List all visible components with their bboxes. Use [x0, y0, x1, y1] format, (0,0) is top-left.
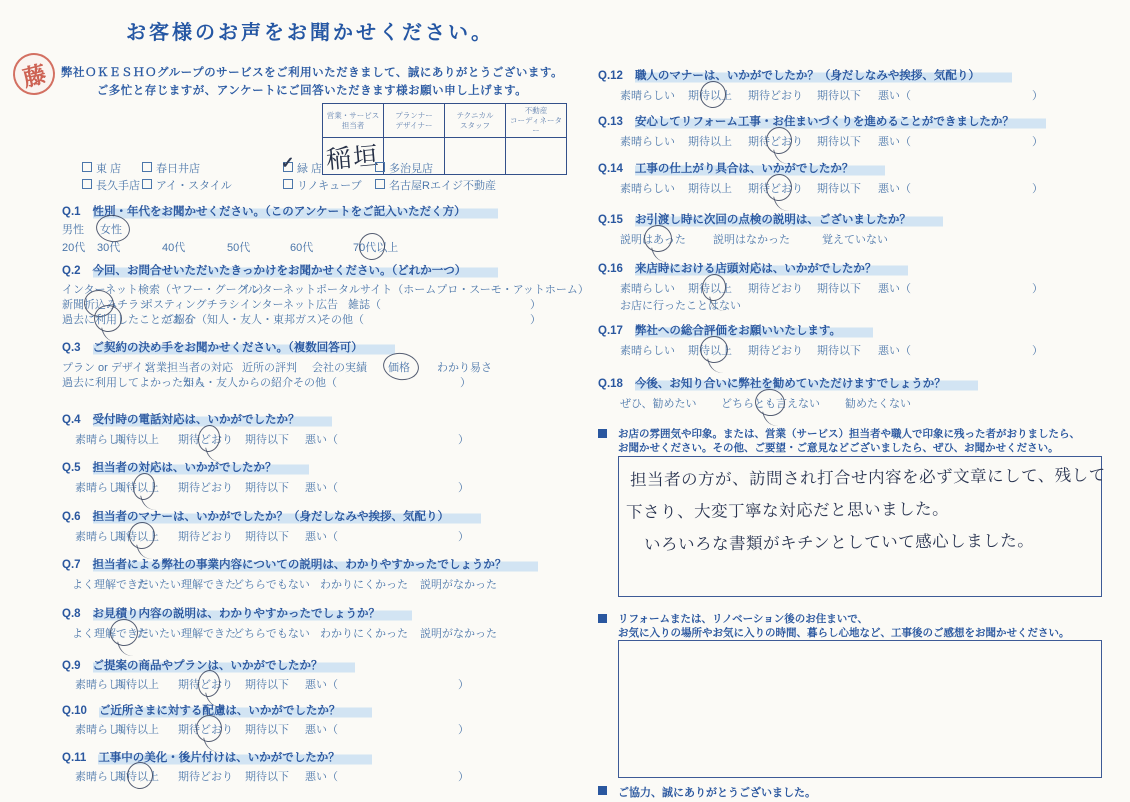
q2-option-net-ad: インターネット広告: [240, 296, 338, 312]
checkbox-nagakute: [82, 179, 92, 189]
q9-number: Q.9: [62, 660, 81, 672]
q17-option-as-expected: 期待どおり: [748, 342, 803, 358]
staff-table-header-row: 営業・サービス担当者 プランナーデザイナー テクニカルスタッフ 不動産コーディネ…: [323, 104, 567, 138]
comment2-box: [618, 640, 1102, 778]
q16-option-never-visited: お店に行ったことはない: [620, 297, 741, 313]
store-label-aistyle: アイ・スタイル: [156, 177, 232, 193]
q13-number: Q.13: [598, 116, 623, 128]
staff-col-sales: 営業・サービス担当者: [323, 104, 384, 138]
question-q15: Q.15 お引渡し時に次回の点検の説明は、ございましたか？: [598, 211, 943, 227]
q3-option-track-record: 会社の実績: [312, 359, 367, 375]
q11-options: 素晴らしい 期待以上 期待どおり 期待以下 悪い（ ）: [75, 768, 600, 786]
q2-options-row3: 過去に利用したことがある ご紹介（知人・友人・東邦ガス） その他（ ）: [62, 311, 587, 329]
checkbox-aistyle: [142, 179, 152, 189]
q8-option-no-explanation: 説明がなかった: [420, 625, 497, 641]
comment2-heading-line2: お気に入りの場所やお気に入りの時間、暮らし心地など、工事後のご感想をお聞かせくだ…: [618, 625, 1070, 640]
q16-title: 来店時における店頭対応は、いかがでしたか？: [635, 260, 909, 276]
q2-option-posting-flyer: ポスティングチラシ: [142, 296, 240, 312]
q13-option-above: 期待以上: [688, 133, 732, 149]
q9-close-paren: ）: [458, 676, 469, 692]
checkbox-renocube: [283, 179, 293, 189]
q16-option-bad: 悪い（: [878, 280, 911, 296]
q4-option-as-expected: 期待どおり: [178, 431, 233, 447]
q16-option-as-expected: 期待どおり: [748, 280, 803, 296]
question-q11: Q.11 工事中の美化・後片付けは、いかがでしたか？: [62, 749, 372, 765]
question-q3: Q.3 ご契約の決め手をお聞かせください。（複数回答可）: [62, 339, 395, 355]
q9-option-bad: 悪い（: [305, 676, 338, 692]
q7-options: よく理解できた だいたい理解できた どちらでもない わかりにくかった 説明がなか…: [72, 576, 597, 594]
q9-option-as-expected: 期待どおり: [178, 676, 233, 692]
q12-option-bad: 悪い（: [878, 87, 911, 103]
q12-title: 職人のマナーは、いかがでしたか？（身だしなみや挨拶、気配り）: [635, 67, 1012, 83]
page-title: お客様のお声をお聞かせください。: [60, 16, 560, 45]
q9-option-above: 期待以上: [115, 676, 159, 692]
q18-number: Q.18: [598, 378, 623, 390]
q13-title: 安心してリフォーム工事・お住まいづくりを進めることができましたか？: [635, 113, 1046, 129]
q1-option-50s: 50代: [227, 239, 250, 255]
closing-message: ご協力、誠にありがとうございました。: [618, 784, 816, 800]
q2-option-other: その他（: [320, 311, 364, 327]
q15-option-not-explained: 説明はなかった: [713, 231, 790, 247]
q18-option-not-recommend: 勧めたくない: [845, 395, 911, 411]
q11-option-as-expected: 期待どおり: [178, 768, 233, 784]
checkbox-higashi: [82, 162, 92, 172]
q17-close-paren: ）: [1032, 342, 1043, 358]
q14-option-below: 期待以下: [817, 180, 861, 196]
q4-option-below: 期待以下: [245, 431, 289, 447]
q6-option-above: 期待以上: [115, 528, 159, 544]
q6-close-paren: ）: [458, 528, 469, 544]
q10-title: ご近所さまに対する配慮は、いかがでしたか？: [99, 702, 373, 718]
q5-options: 素晴らしい 期待以上 期待どおり 期待以下 悪い（ ）: [75, 479, 600, 497]
q13-option-below: 期待以下: [817, 133, 861, 149]
q14-option-above: 期待以上: [688, 180, 732, 196]
q1-option-20s: 20代: [62, 239, 85, 255]
q1-option-30s: 30代: [97, 239, 120, 255]
check-mark: ✓: [281, 153, 294, 173]
q10-option-above: 期待以上: [115, 721, 159, 737]
store-label-nagoya-rage: 名古屋Rエイジ不動産: [389, 177, 496, 193]
question-q4: Q.4 受付時の電話対応は、いかがでしたか？: [62, 411, 332, 427]
q6-title: 担当者のマナーは、いかがでしたか？（身だしなみや挨拶、気配り）: [93, 508, 482, 524]
question-q5: Q.5 担当者の対応は、いかがでしたか？: [62, 459, 309, 475]
q11-option-below: 期待以下: [245, 768, 289, 784]
q7-option-hard: わかりにくかった: [320, 576, 408, 592]
q17-option-below: 期待以下: [817, 342, 861, 358]
survey-page: { "header": { "title": "お客様のお声をお聞かせください。…: [0, 0, 1130, 802]
q10-close-paren: ）: [458, 721, 469, 737]
q4-options: 素晴らしい 期待以上 期待どおり 期待以下 悪い（ ）: [75, 431, 600, 449]
comment1-handwriting-line1: 担当者の方が、訪問され打合せ内容を必ず文章にして、残して: [630, 462, 1106, 491]
q7-option-neither: どちらでもない: [233, 576, 310, 592]
greeting-line-1: 弊社ＯＫＥＳＨＯグループのサービスをご利用いただきまして、誠にありがとうございま…: [52, 64, 572, 80]
q14-option-wonderful: 素晴らしい: [620, 180, 675, 196]
q3-title: ご契約の決め手をお聞かせください。（複数回答可）: [93, 339, 395, 355]
q3-options-row2: 過去に利用してよかったから 知人・友人からの紹介 その他（ ）: [62, 374, 587, 392]
staff-table-body-row: 稲垣: [323, 138, 567, 175]
q7-option-mostly-understood: だいたい理解できた: [137, 576, 236, 592]
staff-col-technical: テクニカルスタッフ: [445, 104, 506, 138]
q3-option-clarity: わかり易さ: [437, 359, 492, 375]
q12-number: Q.12: [598, 70, 623, 82]
q15-number: Q.15: [598, 214, 623, 226]
staff-table: 営業・サービス担当者 プランナーデザイナー テクニカルスタッフ 不動産コーディネ…: [322, 103, 567, 175]
checkbox-kasugai: [142, 162, 152, 172]
q4-number: Q.4: [62, 414, 81, 426]
question-q2: Q.2 今回、お問合せいただいたきっかけをお聞かせください。（どれか一つ）: [62, 262, 498, 278]
q4-option-bad: 悪い（: [305, 431, 338, 447]
q8-options: よく理解できた だいたい理解できた どちらでもない わかりにくかった 説明がなか…: [72, 625, 597, 643]
question-q16: Q.16 来店時における店頭対応は、いかがでしたか？: [598, 260, 908, 276]
q8-option-hard: わかりにくかった: [320, 625, 408, 641]
q12-option-below: 期待以下: [817, 87, 861, 103]
comment2-heading-line1: リフォームまたは、リノベーション後のお住まいで、: [618, 611, 868, 626]
q14-close-paren: ）: [1032, 180, 1043, 196]
comment1-handwriting-line3: いろいろな書類がキチンとしていて感心しました。: [644, 527, 1034, 555]
question-q7: Q.7 担当者による弊社の事業内容についての説明は、わかりやすかったでしょうか？: [62, 556, 538, 572]
q7-option-no-explanation: 説明がなかった: [420, 576, 497, 592]
q16-extra-option-row: お店に行ったことはない: [620, 297, 1130, 315]
section-bullet: [598, 429, 607, 438]
q14-options: 素晴らしい 期待以上 期待どおり 期待以下 悪い（ ）: [620, 180, 1130, 198]
q2-row3-close-paren: ）: [530, 311, 541, 327]
q9-option-below: 期待以下: [245, 676, 289, 692]
q2-row2-close-paren: ）: [530, 296, 541, 312]
greeting-line-2: ご多忙と存じますが、アンケートにご回答いただきます様お願い申し上げます。: [52, 82, 572, 98]
q10-option-below: 期待以下: [245, 721, 289, 737]
q11-option-bad: 悪い（: [305, 768, 338, 784]
q12-option-as-expected: 期待どおり: [748, 87, 803, 103]
q5-close-paren: ）: [458, 479, 469, 495]
question-q1: Q.1 性別・年代をお聞かせください。（このアンケートをご記入いただく方）: [62, 203, 498, 219]
q1-option-female: 女性: [100, 221, 122, 237]
q13-options: 素晴らしい 期待以上 期待どおり 期待以下 悪い（ ）: [620, 133, 1130, 151]
q3-option-plan-design: プラン or デザイン: [62, 359, 154, 375]
q3-option-sales-response: 営業担当者の対応: [145, 359, 233, 375]
q4-option-above: 期待以上: [115, 431, 159, 447]
q10-option-bad: 悪い（: [305, 721, 338, 737]
q7-number: Q.7: [62, 559, 81, 571]
q15-option-dont-remember: 覚えていない: [822, 231, 888, 247]
q8-option-mostly-understood: だいたい理解できた: [137, 625, 236, 641]
question-q8: Q.8 お見積り内容の説明は、わかりやすかったでしょうか？: [62, 605, 412, 621]
q18-options: ぜひ、勧めたい どちらとも言えない 勧めたくない: [620, 395, 1130, 413]
q7-title: 担当者による弊社の事業内容についての説明は、わかりやすかったでしょうか？: [93, 556, 539, 572]
q13-option-bad: 悪い（: [878, 133, 911, 149]
checkbox-nagoya-rage: [375, 179, 385, 189]
q11-close-paren: ）: [458, 768, 469, 784]
q5-title: 担当者の対応は、いかがでしたか？: [93, 459, 309, 475]
question-q13: Q.13 安心してリフォーム工事・お住まいづくりを進めることができましたか？: [598, 113, 1046, 129]
q6-option-as-expected: 期待どおり: [178, 528, 233, 544]
q12-close-paren: ）: [1032, 87, 1043, 103]
q10-number: Q.10: [62, 705, 87, 717]
q14-title: 工事の仕上がり具合は、いかがでしたか？: [635, 160, 886, 176]
staff-col-realestate: 不動産コーディネーター: [506, 104, 567, 138]
q4-close-paren: ）: [458, 431, 469, 447]
question-q17: Q.17 弊社への総合評価をお願いいたします。: [598, 322, 873, 338]
q17-options: 素晴らしい 期待以上 期待どおり 期待以下 悪い（ ）: [620, 342, 1130, 360]
q12-option-wonderful: 素晴らしい: [620, 87, 675, 103]
store-label-nagakute: 長久手店: [96, 177, 140, 193]
q3-option-reputation: 近所の評判: [242, 359, 297, 375]
q8-title: お見積り内容の説明は、わかりやすかったでしょうか？: [93, 605, 413, 621]
question-q18: Q.18 今後、お知り合いに弊社を勧めていただけますでしょうか？: [598, 375, 978, 391]
q18-option-neither: どちらとも言えない: [721, 395, 820, 411]
q6-option-bad: 悪い（: [305, 528, 338, 544]
staff-cell-realestate: [506, 138, 567, 175]
question-q6: Q.6 担当者のマナーは、いかがでしたか？（身だしなみや挨拶、気配り）: [62, 508, 481, 524]
section-bullet: [598, 614, 607, 623]
q11-number: Q.11: [62, 752, 86, 764]
q2-option-referral: ご紹介（知人・友人・東邦ガス）: [163, 311, 328, 327]
question-q14: Q.14 工事の仕上がり具合は、いかがでしたか？: [598, 160, 885, 176]
q8-number: Q.8: [62, 608, 81, 620]
q10-option-as-expected: 期待どおり: [178, 721, 233, 737]
store-label-renocube: リノキューブ: [297, 177, 362, 193]
q15-options: 説明はあった 説明はなかった 覚えていない: [620, 231, 1130, 249]
store-label-kasugai: 春日井店: [156, 160, 200, 176]
handwritten-staff-name: 稲垣: [325, 136, 382, 177]
store-label-tajimi: 多治見店: [389, 160, 433, 176]
section-bullet: [598, 786, 607, 795]
q10-options: 素晴らしい 期待以上 期待どおり 期待以下 悪い（ ）: [75, 721, 600, 739]
q9-title: ご提案の商品やプランは、いかがでしたか？: [93, 657, 355, 673]
comment1-heading-line2: お聞かせください。その他、ご要望・ご意見などございましたら、ぜひ、お聞かせくださ…: [618, 440, 1059, 455]
q6-options: 素晴らしい 期待以上 期待どおり 期待以下 悪い（ ）: [75, 528, 600, 546]
q18-option-recommend: ぜひ、勧めたい: [620, 395, 697, 411]
q2-option-magazine: 雑誌（: [348, 296, 381, 312]
q5-option-above: 期待以上: [115, 479, 159, 495]
q5-option-as-expected: 期待どおり: [178, 479, 233, 495]
q1-age-options: 20代 30代 40代 50代 60代 70代以上: [62, 239, 587, 257]
question-q10: Q.10 ご近所さまに対する配慮は、いかがでしたか？: [62, 702, 372, 718]
q17-option-bad: 悪い（: [878, 342, 911, 358]
q11-option-above: 期待以上: [115, 768, 159, 784]
q15-title: お引渡し時に次回の点検の説明は、ございましたか？: [635, 211, 943, 227]
comment1-heading-line1: お店の雰囲気や印象。または、営業（サービス）担当者や職人で印象に残った者がおりま…: [618, 426, 1080, 441]
store-label-midori: 緑 店: [297, 160, 322, 176]
q16-close-paren: ）: [1032, 280, 1043, 296]
q13-option-as-expected: 期待どおり: [748, 133, 803, 149]
q3-option-friend-referral: 知人・友人からの紹介: [183, 374, 293, 390]
q13-option-wonderful: 素晴らしい: [620, 133, 675, 149]
q12-option-above: 期待以上: [688, 87, 732, 103]
q18-title: 今後、お知り合いに弊社を勧めていただけますでしょうか？: [635, 375, 978, 391]
q5-option-bad: 悪い（: [305, 479, 338, 495]
checkbox-tajimi: [375, 162, 385, 172]
q8-option-neither: どちらでもない: [233, 625, 310, 641]
staff-cell-technical: [445, 138, 506, 175]
q1-option-70s-plus: 70代以上: [353, 239, 398, 255]
q2-number: Q.2: [62, 265, 81, 277]
staff-col-planner: プランナーデザイナー: [384, 104, 445, 138]
q5-number: Q.5: [62, 462, 81, 474]
q2-option-portal: インターネットポータルサイト（ホームプロ・スーモ・アットホーム）: [240, 281, 589, 297]
q14-number: Q.14: [598, 163, 623, 175]
q15-option-explained: 説明はあった: [620, 231, 686, 247]
q2-title: 今回、お問合せいただいたきっかけをお聞かせください。（どれか一つ）: [93, 262, 499, 278]
q14-option-as-expected: 期待どおり: [748, 180, 803, 196]
q1-gender-options: 男性 女性: [62, 221, 587, 239]
q16-number: Q.16: [598, 263, 623, 275]
q16-option-below: 期待以下: [817, 280, 861, 296]
q13-close-paren: ）: [1032, 133, 1043, 149]
q1-option-60s: 60代: [290, 239, 313, 255]
q16-options: 素晴らしい 期待以上 期待どおり 期待以下 悪い（ ）: [620, 280, 1130, 298]
q1-number: Q.1: [62, 206, 81, 218]
q1-title: 性別・年代をお聞かせください。（このアンケートをご記入いただく方）: [93, 203, 498, 219]
q17-option-above: 期待以上: [688, 342, 732, 358]
q17-number: Q.17: [598, 325, 623, 337]
q1-option-male: 男性: [62, 221, 84, 237]
q17-option-wonderful: 素晴らしい: [620, 342, 675, 358]
store-label-higashi: 東 店: [96, 160, 121, 176]
q12-options: 素晴らしい 期待以上 期待どおり 期待以下 悪い（ ）: [620, 87, 1130, 105]
comment1-handwriting-line2: 下さり、大変丁寧な対応だと思いました。: [626, 495, 949, 522]
q16-option-wonderful: 素晴らしい: [620, 280, 675, 296]
q16-option-above: 期待以上: [688, 280, 732, 296]
q5-option-below: 期待以下: [245, 479, 289, 495]
q14-option-bad: 悪い（: [878, 180, 911, 196]
question-q12: Q.12 職人のマナーは、いかがでしたか？（身だしなみや挨拶、気配り）: [598, 67, 1012, 83]
q3-option-other: その他（: [293, 374, 337, 390]
q9-options: 素晴らしい 期待以上 期待どおり 期待以下 悪い（ ）: [75, 676, 600, 694]
q1-option-40s: 40代: [162, 239, 185, 255]
q17-title: 弊社への総合評価をお願いいたします。: [635, 322, 873, 338]
q3-number: Q.3: [62, 342, 81, 354]
q3-option-price: 価格: [388, 359, 410, 375]
q6-number: Q.6: [62, 511, 81, 523]
q3-row2-close-paren: ）: [460, 374, 471, 390]
q6-option-below: 期待以下: [245, 528, 289, 544]
